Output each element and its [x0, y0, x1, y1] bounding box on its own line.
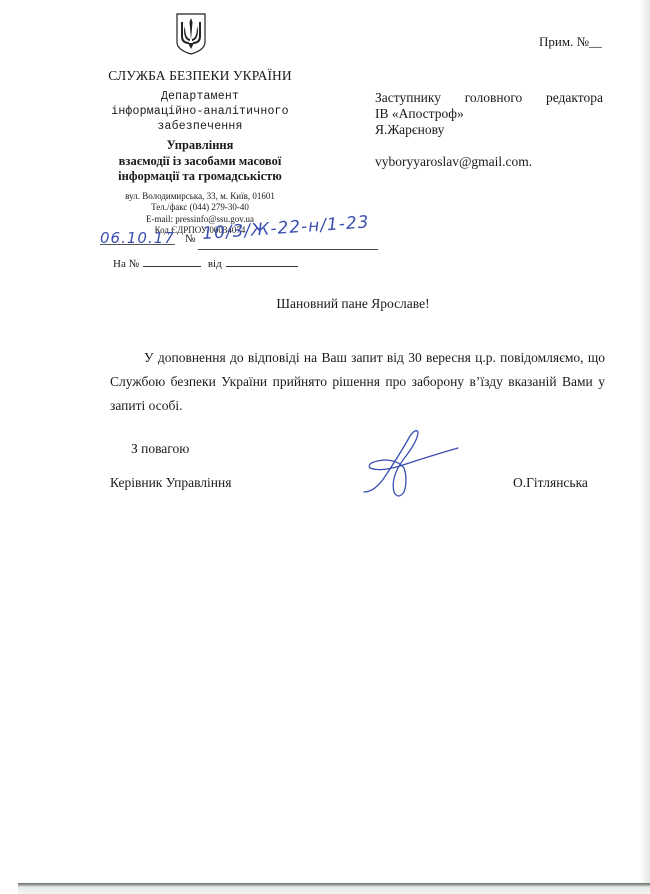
letter-page: СЛУЖБА БЕЗПЕКИ УКРАЇНИ Департамент інфор… — [0, 0, 650, 894]
incoming-date-label: від — [208, 258, 222, 270]
incoming-number-label: На № — [113, 258, 139, 270]
salutation: Шановний пане Ярославе! — [0, 296, 650, 312]
department-line: забезпечення — [100, 119, 300, 134]
management-name: Управління взаємодії із засобами масової… — [100, 138, 300, 185]
department-line: інформаційно-аналітичного — [100, 104, 300, 119]
incoming-number-blank — [143, 257, 201, 267]
sender-block: СЛУЖБА БЕЗПЕКИ УКРАЇНИ Департамент інфор… — [100, 68, 300, 237]
service-name: СЛУЖБА БЕЗПЕКИ УКРАЇНИ — [100, 68, 300, 84]
number-label: № — [185, 233, 196, 245]
signatory-name: О.Гітлянська — [513, 475, 588, 491]
recipient-block: Заступнику головного редактора ІВ «Апост… — [375, 90, 603, 170]
handwritten-date: 06.10.17 — [100, 229, 175, 247]
outgoing-reference: 06.10.17 № 10/3/Ж-22-н/1-23 — [90, 222, 400, 254]
letter-body: У доповнення до відповіді на Ваш запит в… — [110, 346, 605, 418]
signatory-position: Керівник Управління — [110, 475, 231, 491]
number-underline — [198, 249, 378, 250]
incoming-reference: На № від — [113, 257, 302, 270]
phone-fax: Тел./факс (044) 279-30-40 — [100, 202, 300, 214]
recipient-organization: ІВ «Апостроф» — [375, 106, 603, 122]
recipient-email: vyboryyaroslav@gmail.com. — [375, 154, 603, 170]
handwritten-signature-icon — [360, 426, 480, 501]
address: вул. Володимирська, 33, м. Київ, 01601 — [100, 191, 300, 203]
department-name: Департамент інформаційно-аналітичного за… — [100, 89, 300, 134]
scan-edge-bottom — [18, 883, 650, 894]
copy-mark: Прим. №__ — [539, 34, 602, 50]
incoming-date-blank — [226, 257, 298, 267]
department-line: Департамент — [100, 89, 300, 104]
recipient-name: Я.Жарєнову — [375, 122, 603, 138]
scan-edge-right — [640, 0, 650, 894]
body-paragraph: У доповнення до відповіді на Ваш запит в… — [110, 346, 605, 418]
trident-emblem-icon — [175, 12, 207, 56]
management-line: інформації та громадськістю — [100, 169, 300, 185]
closing: З повагою — [131, 441, 189, 457]
management-line: взаємодії із засобами масової — [100, 154, 300, 170]
recipient-position: Заступнику головного редактора — [375, 90, 603, 106]
management-line: Управління — [100, 138, 300, 154]
